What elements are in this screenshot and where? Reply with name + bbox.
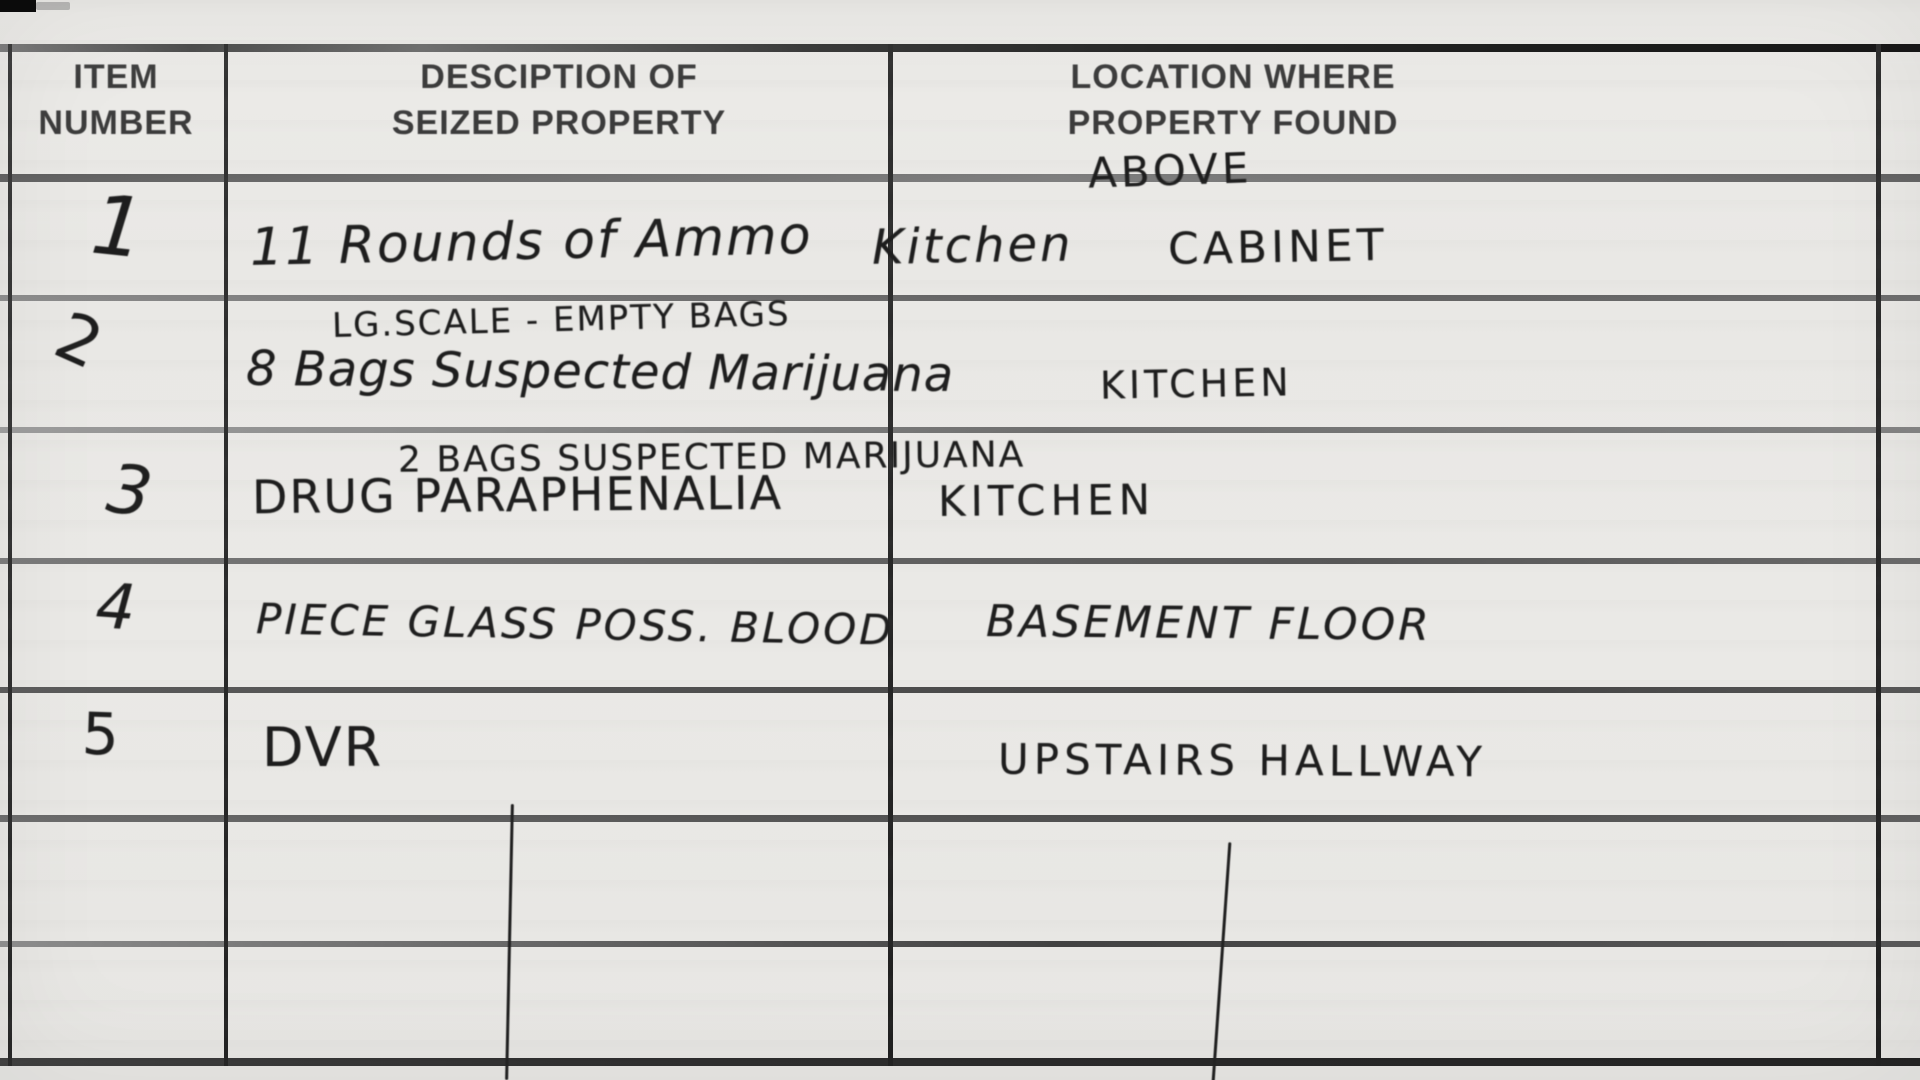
item-number-5: 5: [81, 699, 120, 768]
table-right-border: [1876, 44, 1881, 1066]
description-note-row-2: LG.SCALE - EMPTY BAGS: [332, 294, 791, 346]
item-number-1: 1: [87, 178, 149, 278]
row-divider-5: [0, 815, 1920, 822]
row-divider-2: [0, 427, 1920, 433]
row-divider-4: [0, 687, 1920, 693]
scan-artifact-black-corner: [0, 0, 36, 12]
location-row-2: KITCHEN: [1100, 360, 1293, 407]
description-row-1: 11 Rounds of Ammo: [249, 206, 813, 278]
header-label: PROPERTY FOUND: [1068, 100, 1399, 146]
scan-artifact-smudge: [36, 2, 70, 10]
row-divider-3: [0, 558, 1920, 564]
location-row-4: BASEMENT FLOOR: [986, 596, 1432, 651]
description-row-3: DRUG PARAPHENALIA: [252, 466, 784, 525]
column-header-item-number: ITEM NUMBER: [8, 54, 224, 164]
location-note-row-1: ABOVE: [1087, 143, 1253, 198]
header-label: NUMBER: [38, 100, 193, 146]
item-number-3: 3: [102, 449, 157, 534]
scanned-document-page: ITEM NUMBER DESCIPTION OF SEIZED PROPERT…: [0, 0, 1920, 1080]
row-divider-6: [0, 941, 1920, 947]
row-divider-1: [0, 295, 1920, 301]
table-bottom-border: [0, 1058, 1920, 1066]
description-row-5: DVR: [262, 716, 383, 779]
description-row-2: 8 Bags Suspected Marijuana: [246, 341, 955, 403]
location-row-3: KITCHEN: [938, 475, 1155, 526]
header-label: DESCIPTION OF: [420, 54, 697, 100]
table-left-border: [8, 44, 12, 1066]
header-label: ITEM: [73, 54, 158, 100]
header-label: SEIZED PROPERTY: [392, 100, 726, 146]
column-divider-desc-loc: [888, 44, 893, 1066]
header-bottom-border: [0, 174, 1920, 182]
location-row-5: UPSTAIRS HALLWAY: [998, 735, 1487, 787]
location-row-1-part2: CABINET: [1168, 220, 1388, 275]
table-top-border: [0, 44, 1920, 52]
description-row-4: PIECE GLASS POSS. BLOOD: [256, 594, 895, 654]
pen-stroke-location-column: [1212, 842, 1232, 1080]
header-label: LOCATION WHERE: [1070, 54, 1395, 100]
column-header-description: DESCIPTION OF SEIZED PROPERTY: [224, 54, 894, 164]
column-divider-item-desc: [224, 44, 228, 1066]
item-number-2: 2: [44, 297, 114, 384]
location-row-1: Kitchen: [872, 216, 1074, 276]
item-number-4: 4: [94, 569, 138, 645]
